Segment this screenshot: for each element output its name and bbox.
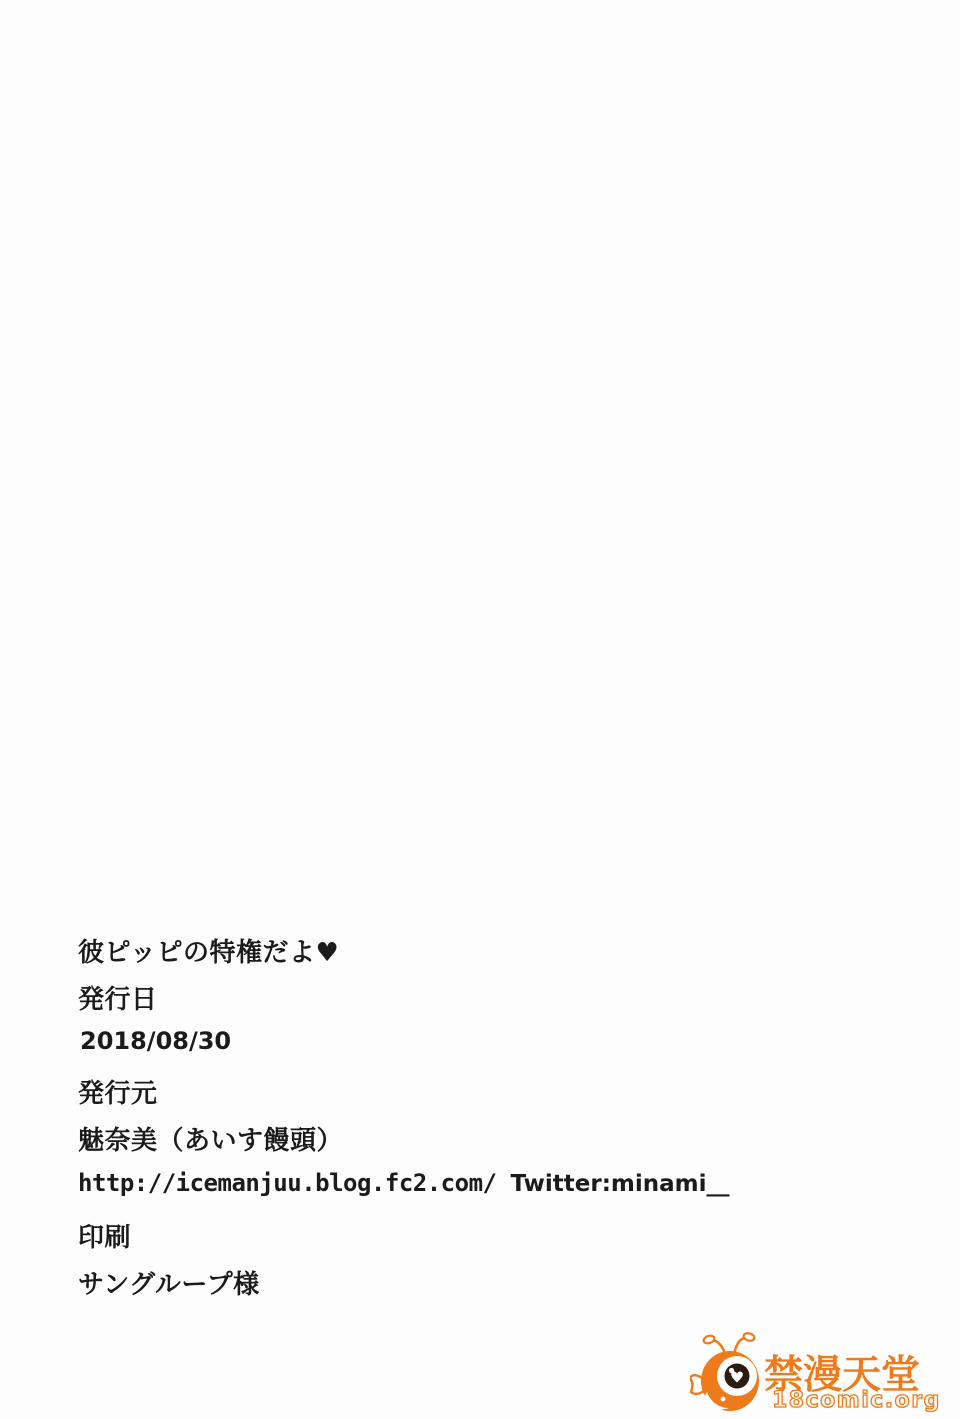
publish-date-value: 2018/08/30 [80,1027,231,1055]
publisher-value: 魅奈美（あいす饅頭） [78,1120,343,1157]
printer-label: 印刷 [78,1217,131,1254]
scanned-page: 彼ピッピの特権だよ♥ 発行日 2018/08/30 発行元 魅奈美（あいす饅頭）… [0,0,960,1419]
site-watermark: 禁漫天堂 18comic.org [690,1328,940,1418]
site-domain: 18comic.org [772,1388,941,1413]
website-url: http://icemanjuu.blog.fc2.com/ [78,1169,496,1197]
printer-value: サングループ様 [78,1264,260,1301]
whale-mascot-icon [690,1332,770,1418]
book-title: 彼ピッピの特権だよ♥ [78,932,339,969]
twitter-handle: Twitter:minami__ [510,1171,729,1197]
website-line: http://icemanjuu.blog.fc2.com/Twitter:mi… [78,1169,730,1197]
publisher-label: 発行元 [78,1073,158,1110]
publish-date-label: 発行日 [78,979,158,1016]
